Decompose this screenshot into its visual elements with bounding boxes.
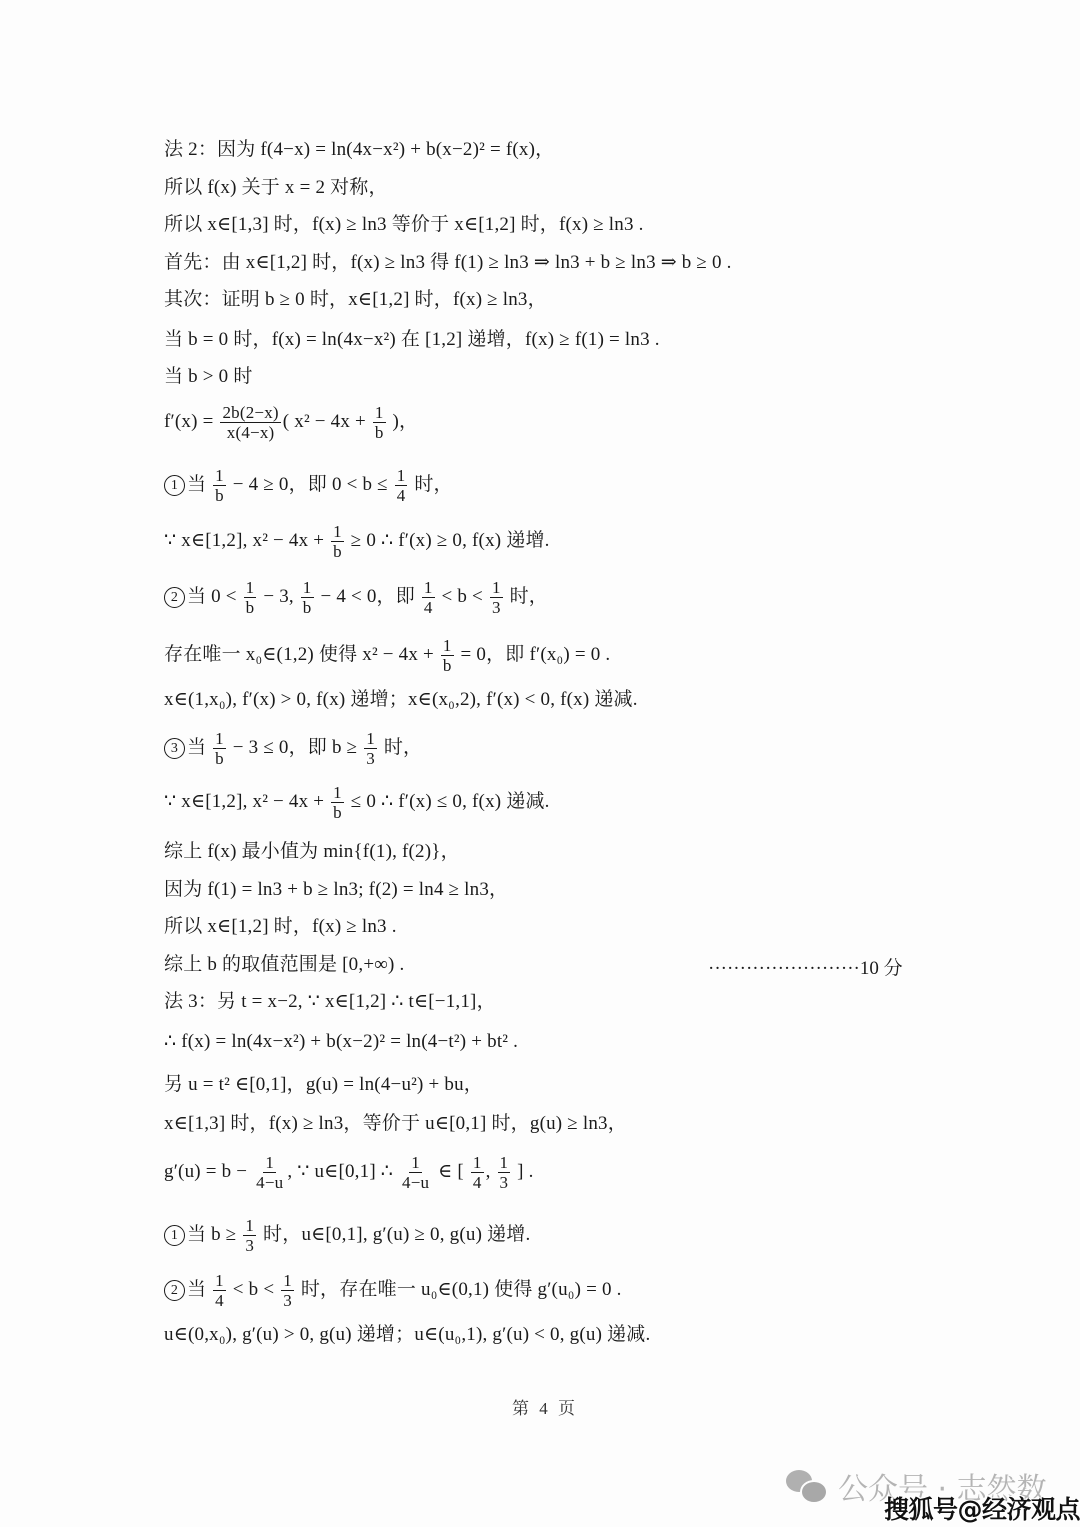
text: ≤ 0 ∴ f′(x) ≤ 0, f(x) 递减. bbox=[346, 791, 550, 812]
denominator: 4 bbox=[395, 486, 408, 505]
numerator: 1 bbox=[490, 578, 503, 598]
page-number: 第 4 页 bbox=[512, 1394, 578, 1419]
text: 当 bbox=[187, 1279, 211, 1300]
denominator: b bbox=[373, 423, 386, 442]
fraction: 1b bbox=[213, 466, 226, 505]
line-case-b-zero: 当 b = 0 时，f(x) = ln(4x−x²) 在 [1,2] 递增，f(… bbox=[164, 328, 660, 352]
fraction: 14 bbox=[213, 1271, 226, 1310]
numerator: 1 bbox=[243, 1216, 256, 1236]
numerator: 1 bbox=[373, 403, 386, 423]
fraction: 1b bbox=[373, 403, 386, 442]
text: ≥ 0 ∴ f′(x) ≥ 0, f(x) 递增. bbox=[346, 530, 550, 551]
sohu-watermark: 搜狐号@经济观点 bbox=[884, 1490, 1080, 1526]
numerator: 2b(2−x) bbox=[220, 403, 280, 423]
line-equivalent-g: x∈[1,3] 时，f(x) ≥ ln3，等价于 u∈[0,1] 时，g(u) … bbox=[164, 1112, 627, 1136]
line-first-step: 首先：由 x∈[1,2] 时，f(x) ≥ ln3 得 f(1) ≥ ln3 ⇒… bbox=[164, 251, 732, 275]
text: 当 bbox=[187, 474, 211, 495]
denominator: 4 bbox=[213, 1291, 226, 1310]
circled-number-2: 2 bbox=[164, 587, 185, 608]
fraction: 13 bbox=[281, 1271, 294, 1310]
text: ∵ x∈[1,2], x² − 4x + bbox=[164, 530, 329, 551]
denominator: 3 bbox=[243, 1236, 256, 1255]
line-case2-unique-root: 存在唯一 x₀∈(1,2) 使得 x² − 4x + 1b = 0，即 f′(x… bbox=[164, 636, 610, 675]
line-method3-monotonicity: u∈(0,x₀), g′(u) > 0, g(u) 递增；u∈(u₀,1), g… bbox=[164, 1323, 650, 1347]
denominator: b bbox=[331, 803, 344, 822]
line-g-derivative: g′(u) = b − 14−u, ∵ u∈[0,1] ∴ 14−u ∈ [ 1… bbox=[164, 1153, 534, 1192]
denominator: b bbox=[301, 598, 314, 617]
fraction: 14 bbox=[395, 466, 408, 505]
numerator: 1 bbox=[301, 578, 314, 598]
line-minimum-value: 综上 f(x) 最小值为 min{f(1), f(2)}， bbox=[164, 840, 460, 864]
wechat-icon bbox=[786, 1468, 830, 1504]
numerator: 1 bbox=[331, 522, 344, 542]
fraction: 13 bbox=[364, 729, 377, 768]
fraction: 1b bbox=[244, 578, 257, 617]
numerator: 1 bbox=[244, 578, 257, 598]
denominator: b bbox=[213, 486, 226, 505]
line-second-step: 其次：证明 b ≥ 0 时，x∈[1,2] 时，f(x) ≥ ln3， bbox=[164, 288, 547, 312]
text: 时，u∈[0,1], g′(u) ≥ 0, g(u) 递增. bbox=[258, 1224, 530, 1245]
fraction: 14 bbox=[422, 578, 435, 617]
line-symmetric-about-x2: 所以 f(x) 关于 x = 2 对称， bbox=[164, 176, 388, 200]
text: = 0，即 f′(x₀) = 0 . bbox=[456, 644, 611, 665]
denominator: b bbox=[441, 656, 454, 675]
fraction: 14 bbox=[471, 1153, 484, 1192]
line-method2-symmetry: 法 2：因为 f(4−x) = ln(4x−x²) + b(x−2)² = f(… bbox=[164, 138, 554, 162]
denominator: b bbox=[213, 749, 226, 768]
text: < b < bbox=[228, 1279, 279, 1300]
fraction: 1b bbox=[331, 783, 344, 822]
text: 时， bbox=[505, 586, 548, 607]
circled-number-1: 1 bbox=[164, 475, 185, 496]
circled-number-2: 2 bbox=[164, 1280, 185, 1301]
circled-number-1: 1 bbox=[164, 1225, 185, 1246]
numerator: 1 bbox=[471, 1153, 484, 1173]
line-case3-condition: 3当 1b − 3 ≤ 0，即 b ≥ 13 时， bbox=[164, 729, 422, 768]
denominator: 4 bbox=[471, 1173, 484, 1192]
denominator: 3 bbox=[490, 598, 503, 617]
denominator: 4−u bbox=[400, 1173, 431, 1192]
denominator: 3 bbox=[364, 749, 377, 768]
denominator: 3 bbox=[498, 1173, 511, 1192]
line-case-b-positive: 当 b > 0 时 bbox=[164, 365, 253, 389]
denominator: b bbox=[331, 542, 344, 561]
line-case3-conclusion: ∵ x∈[1,2], x² − 4x + 1b ≤ 0 ∴ f′(x) ≤ 0,… bbox=[164, 783, 550, 822]
text: ( x² − 4x + bbox=[283, 411, 371, 432]
score-marker: ························10 分 bbox=[708, 953, 903, 980]
fraction: 1b bbox=[213, 729, 226, 768]
text: 存在唯一 x₀∈(1,2) 使得 x² − 4x + bbox=[164, 644, 439, 665]
text: 当 0 < bbox=[187, 586, 242, 607]
text: − 4 ≥ 0，即 0 < b ≤ bbox=[228, 474, 393, 495]
numerator: 1 bbox=[213, 466, 226, 486]
fraction: 13 bbox=[490, 578, 503, 617]
numerator: 1 bbox=[364, 729, 377, 749]
fraction: 1b bbox=[331, 522, 344, 561]
fraction: 1b bbox=[441, 636, 454, 675]
numerator: 1 bbox=[395, 466, 408, 486]
line-case1-condition: 1当 1b − 4 ≥ 0，即 0 < b ≤ 14 时， bbox=[164, 466, 453, 505]
denominator: 4−u bbox=[254, 1173, 285, 1192]
text: 时， bbox=[409, 474, 452, 495]
line-method3-case2: 2当 14 < b < 13 时，存在唯一 u₀∈(0,1) 使得 g′(u₀)… bbox=[164, 1271, 622, 1310]
fraction: 14−u bbox=[400, 1153, 431, 1192]
line-method3-case1: 1当 b ≥ 13 时，u∈[0,1], g′(u) ≥ 0, g(u) 递增. bbox=[164, 1216, 530, 1255]
text: 时，存在唯一 u₀∈(0,1) 使得 g′(u₀) = 0 . bbox=[296, 1279, 622, 1300]
numerator: 1 bbox=[409, 1153, 422, 1173]
text: )， bbox=[388, 411, 419, 432]
fraction: 13 bbox=[243, 1216, 256, 1255]
text: g′(u) = b − bbox=[164, 1161, 252, 1182]
line-equivalence: 所以 x∈[1,3] 时，f(x) ≥ ln3 等价于 x∈[1,2] 时，f(… bbox=[164, 213, 644, 237]
text: f′(x) = bbox=[164, 411, 218, 432]
numerator: 1 bbox=[213, 729, 226, 749]
numerator: 1 bbox=[498, 1153, 511, 1173]
numerator: 1 bbox=[441, 636, 454, 656]
numerator: 1 bbox=[331, 783, 344, 803]
denominator: 3 bbox=[281, 1291, 294, 1310]
numerator: 1 bbox=[263, 1153, 276, 1173]
line-case2-monotonicity: x∈(1,x₀), f′(x) > 0, f(x) 递增；x∈(x₀,2), f… bbox=[164, 688, 638, 712]
line-range-of-b: 综上 b 的取值范围是 [0,+∞) . bbox=[164, 953, 404, 977]
line-case1-conclusion: ∵ x∈[1,2], x² − 4x + 1b ≥ 0 ∴ f′(x) ≥ 0,… bbox=[164, 522, 550, 561]
denominator: x(4−x) bbox=[225, 423, 277, 442]
text: , bbox=[486, 1161, 496, 1182]
text: − 3 ≤ 0，即 b ≥ bbox=[228, 737, 362, 758]
line-method3-rewrite: ∴ f(x) = ln(4x−x²) + b(x−2)² = ln(4−t²) … bbox=[164, 1030, 518, 1054]
line-therefore: 所以 x∈[1,2] 时，f(x) ≥ ln3 . bbox=[164, 915, 397, 939]
text: 时， bbox=[379, 737, 422, 758]
denominator: 4 bbox=[422, 598, 435, 617]
fraction: 2b(2−x)x(4−x) bbox=[220, 403, 280, 442]
text: ] . bbox=[512, 1161, 533, 1182]
numerator: 1 bbox=[213, 1271, 226, 1291]
line-define-g: 另 u = t² ∈[0,1]，g(u) = ln(4−u²) + bu， bbox=[164, 1073, 483, 1097]
document-page: 法 2：因为 f(4−x) = ln(4x−x²) + b(x−2)² = f(… bbox=[0, 0, 1080, 1527]
line-method3-substitution: 法 3：另 t = x−2, ∵ x∈[1,2] ∴ t∈[−1,1]， bbox=[164, 990, 496, 1014]
denominator: b bbox=[244, 598, 257, 617]
fraction: 13 bbox=[498, 1153, 511, 1192]
fraction: 1b bbox=[301, 578, 314, 617]
text: ∈ [ bbox=[433, 1161, 469, 1182]
fraction: 14−u bbox=[254, 1153, 285, 1192]
line-f1-f2: 因为 f(1) = ln3 + b ≥ ln3; f(2) = ln4 ≥ ln… bbox=[164, 878, 508, 902]
circled-number-3: 3 bbox=[164, 738, 185, 759]
text: ∵ x∈[1,2], x² − 4x + bbox=[164, 791, 329, 812]
text: , ∵ u∈[0,1] ∴ bbox=[287, 1161, 398, 1182]
line-case2-condition: 2当 0 < 1b − 3, 1b − 4 < 0，即 14 < b < 13 … bbox=[164, 578, 548, 617]
line-derivative: f′(x) = 2b(2−x)x(4−x)( x² − 4x + 1b )， bbox=[164, 403, 418, 442]
numerator: 1 bbox=[422, 578, 435, 598]
text: 当 b ≥ bbox=[187, 1224, 241, 1245]
text: 当 bbox=[187, 737, 211, 758]
text: < b < bbox=[437, 586, 488, 607]
numerator: 1 bbox=[281, 1271, 294, 1291]
text: − 4 < 0，即 bbox=[316, 586, 420, 607]
text: − 3, bbox=[258, 586, 298, 607]
